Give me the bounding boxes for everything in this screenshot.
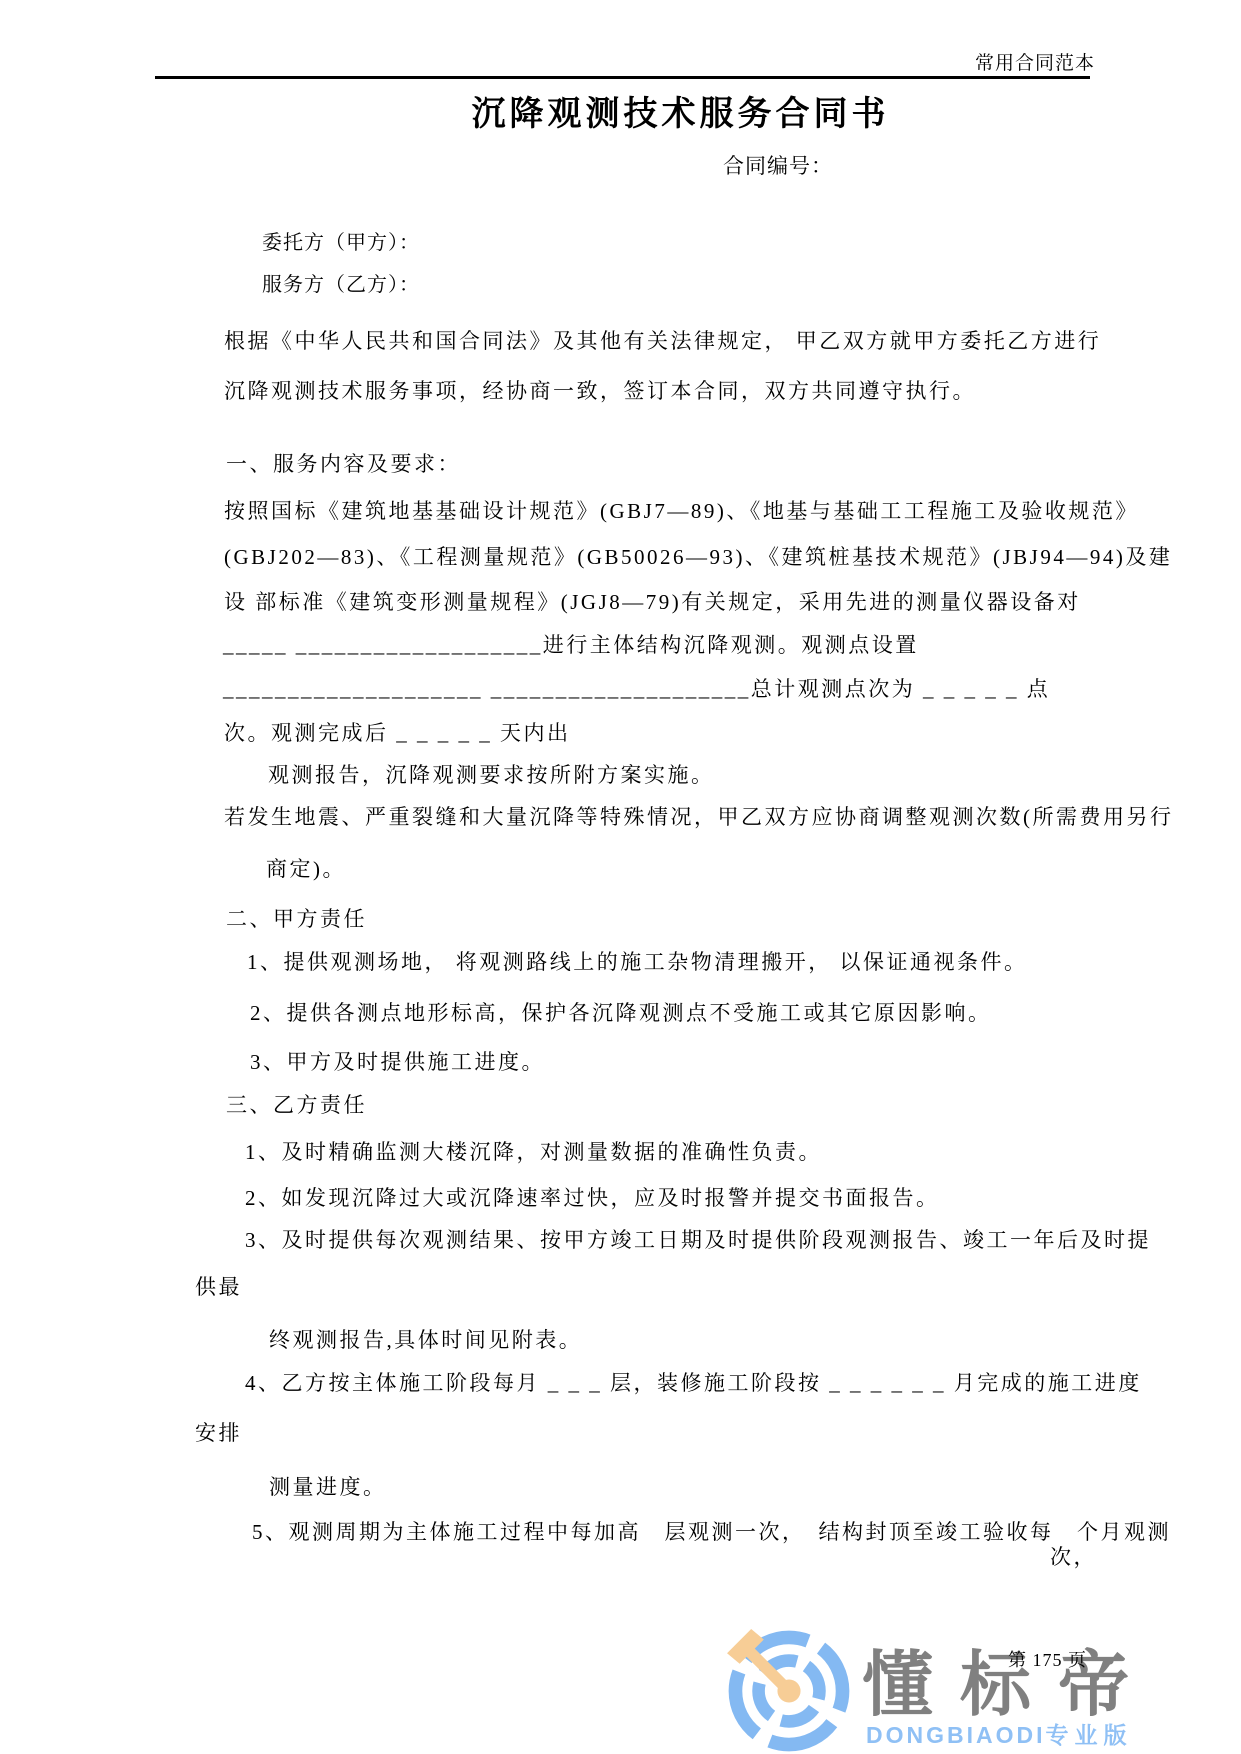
fill-in-blank-line: _____ ___________________进行主体结构沉降观测。观测点设… xyxy=(223,634,919,657)
watermark-subtext: DONGBIAODI专业版 xyxy=(866,1724,1133,1747)
page-number-label: 第 175 页 xyxy=(1008,1646,1087,1672)
paragraph-line: 按照国标《建筑地基基础设计规范》(GBJ7—89)、《地基与基础工工程施工及验收… xyxy=(224,500,1139,523)
page-title: 沉降观测技术服务合同书 xyxy=(0,86,1241,135)
header-rule xyxy=(155,76,1090,79)
list-item: 1、及时精确监测大楼沉降，对测量数据的准确性负责。 xyxy=(245,1141,822,1164)
party-b-label: 服务方（乙方）： xyxy=(262,268,420,297)
section-heading: 一、服务内容及要求： xyxy=(226,453,461,476)
watermark-edition-label: 专业版 xyxy=(1046,1722,1133,1748)
target-dart-icon xyxy=(726,1628,852,1754)
paragraph-line: 供最 xyxy=(195,1276,242,1299)
paragraph-line: 根据《中华人民共和国合同法》及其他有关法律规定， 甲乙双方就甲方委托乙方进行 xyxy=(224,330,1101,353)
list-item: 3、及时提供每次观测结果、按甲方竣工日期及时提供阶段观测报告、竣工一年后及时提 xyxy=(245,1229,1151,1252)
paragraph-line: 测量进度。 xyxy=(269,1476,387,1499)
list-item: 3、甲方及时提供施工进度。 xyxy=(250,1051,545,1074)
watermark-brand-latin: DONGBIAODI xyxy=(866,1722,1046,1748)
paragraph-line: 设 部标准《建筑变形测量规程》(JGJ8—79)有关规定，采用先进的测量仪器设备… xyxy=(224,591,1081,614)
fill-in-blank-line: ____________________ ___________________… xyxy=(223,678,1050,701)
paragraph-line: (GBJ202—83)、《工程测量规范》(GB50026—93)、《建筑桩基技术… xyxy=(224,546,1172,569)
list-item: 4、乙方按主体施工阶段每月 _ _ _ 层，装修施工阶段按 _ _ _ _ _ … xyxy=(245,1372,1142,1395)
contract-document-page: 常用合同范本 沉降观测技术服务合同书 合同编号： 委托方（甲方）： 服务方（乙方… xyxy=(0,0,1241,1754)
paragraph-line: 观测报告，沉降观测要求按所附方案实施。 xyxy=(268,764,715,787)
list-item: 2、如发现沉降过大或沉降速率过快，应及时报警并提交书面报告。 xyxy=(245,1187,940,1210)
paragraph-line: 次。观测完成后 _ _ _ _ _ 天内出 xyxy=(224,722,571,745)
paragraph-line: 安排 xyxy=(195,1422,242,1445)
section-heading: 三、乙方责任 xyxy=(226,1094,367,1117)
list-item: 2、提供各测点地形标高，保护各沉降观测点不受施工或其它原因影响。 xyxy=(250,1002,992,1025)
party-a-label: 委托方（甲方）： xyxy=(262,226,420,255)
list-item: 1、提供观测场地， 将观测路线上的施工杂物清理搬开， 以保证通视条件。 xyxy=(247,951,1028,974)
paragraph-line: 次， xyxy=(1050,1546,1097,1569)
header-corner-label: 常用合同范本 xyxy=(975,48,1095,75)
paragraph-line: 沉降观测技术服务事项，经协商一致，签订本合同，双方共同遵守执行。 xyxy=(224,380,976,403)
section-heading: 二、甲方责任 xyxy=(226,908,367,931)
contract-number-label: 合同编号： xyxy=(723,150,833,180)
list-item: 5、观测周期为主体施工过程中每加高 层观测一次， 结构封顶至竣工验收每 个月观测 xyxy=(252,1521,1171,1544)
paragraph-line: 商定)。 xyxy=(266,858,346,881)
paragraph-line: 终观测报告,具体时间见附表。 xyxy=(269,1329,582,1352)
paragraph-line: 若发生地震、严重裂缝和大量沉降等特殊情况，甲乙双方应协商调整观测次数(所需费用另… xyxy=(224,806,1174,829)
